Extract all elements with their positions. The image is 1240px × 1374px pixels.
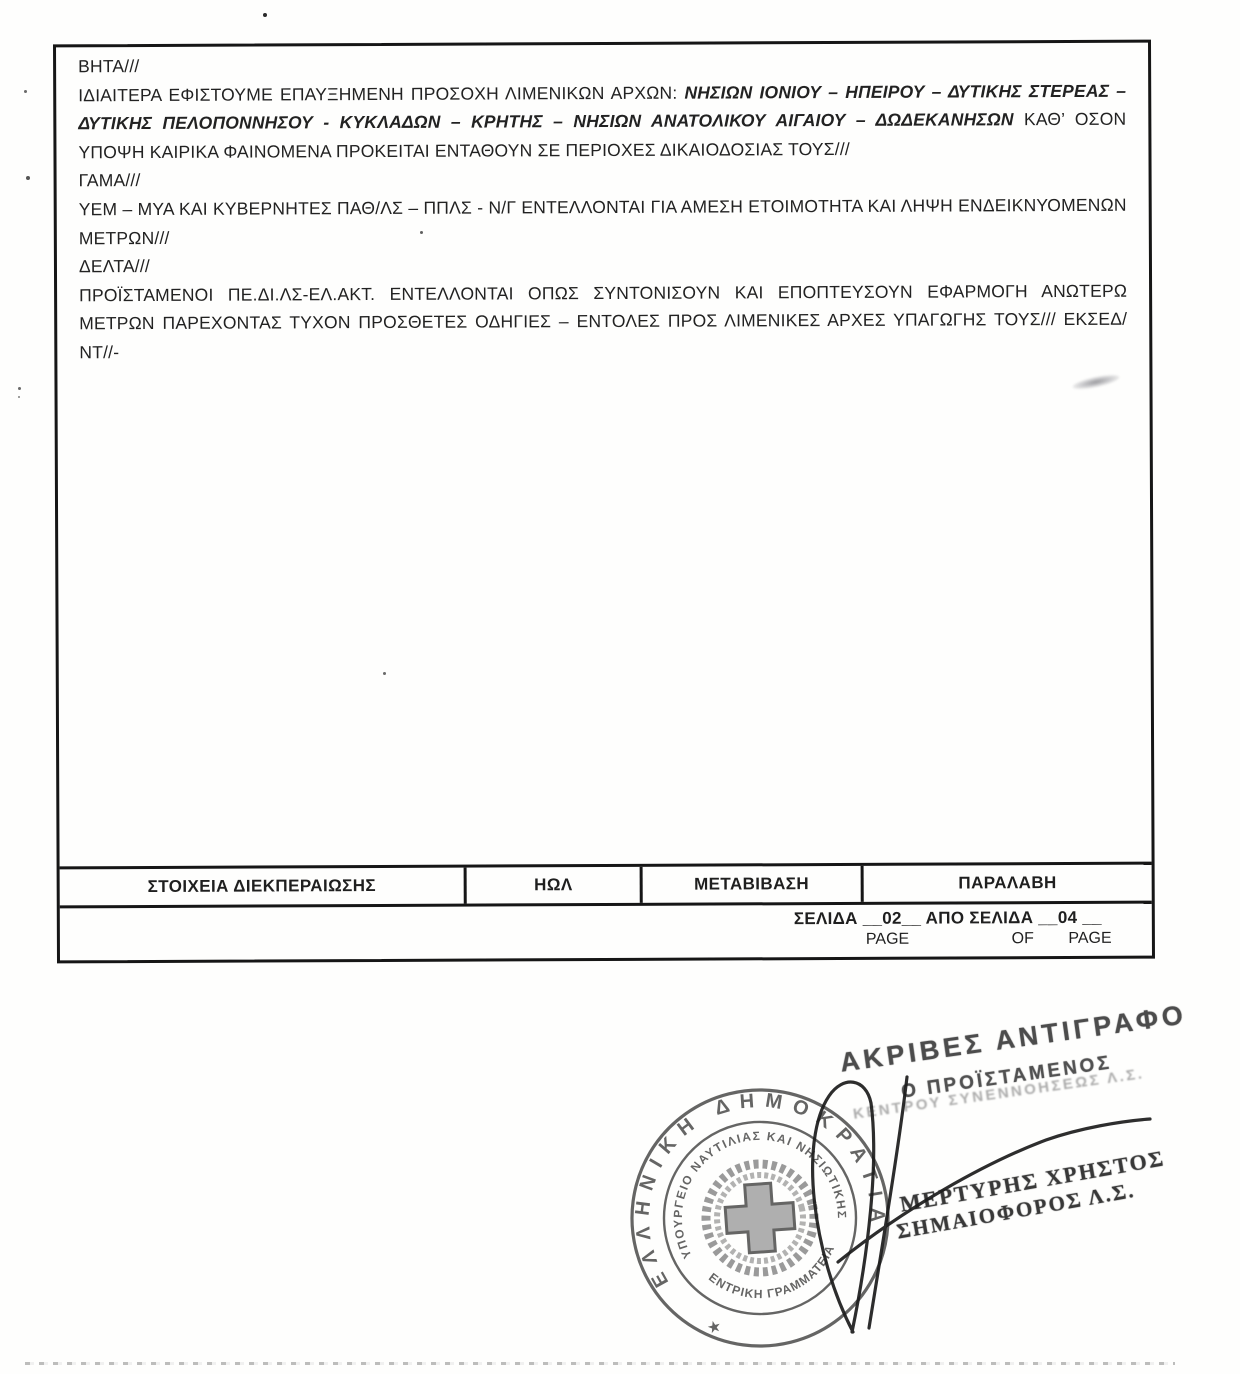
line-delta: ΔΕΛΤΑ///: [79, 248, 1127, 281]
line-beta: ΒΗΤΑ///: [78, 48, 1126, 81]
page-label-2: PAGE: [1068, 930, 1111, 947]
scan-speck: [420, 231, 423, 234]
page-number-line-english: PAGE OF PAGE: [794, 930, 1146, 950]
signatory-name-stamp: ΜΕΡΤΥΡΗΣ ΧΡΗΣΤΟΣ ΣΗΜΑΙΟΦΟΡΟΣ Λ.Σ.: [898, 1145, 1171, 1243]
pagination-row: ΣΕΛΙΔΑ __02__ ΑΠΟ ΣΕΛΙΔΑ __04 __ PAGE OF…: [60, 904, 1152, 961]
pagination-block: ΣΕΛΙΔΑ __02__ ΑΠΟ ΣΕΛΙΔΑ __04 __ PAGE OF…: [794, 908, 1146, 950]
page-label: PAGE: [866, 931, 909, 948]
cross-icon: [724, 1182, 797, 1255]
paragraph-delta-body: ΠΡΟΪΣΤΑΜΕΝΟΙ ΠΕ.ΔΙ.ΛΣ-ΕΛ.ΑΚΤ. ΕΝΤΕΛΛΟΝΤΑ…: [79, 276, 1127, 366]
scan-speck: [383, 672, 386, 675]
header-reception: ΠΑΡΑΛΑΒΗ: [863, 865, 1151, 902]
scan-speck: [24, 90, 27, 93]
scan-speck: [263, 13, 267, 17]
paragraph-gamma-body: ΥΕΜ – ΜΥΑ ΚΑΙ ΚΥΒΕΡΝΗΤΕΣ ΠΑΘ/ΛΣ – ΠΠΛΣ -…: [79, 191, 1127, 253]
message-body: ΒΗΤΑ/// ΙΔΙΑΙΤΕΡΑ ΕΦΙΣΤΟΥΜΕ ΕΠΑΥΞΗΜΕΝΗ Π…: [56, 43, 1149, 367]
header-date-time: ΗΩΛ: [467, 867, 643, 904]
of-label: OF: [1012, 930, 1034, 947]
message-frame: ΒΗΤΑ/// ΙΔΙΑΙΤΕΡΑ ΕΦΙΣΤΟΥΜΕ ΕΠΑΥΞΗΜΕΝΗ Π…: [53, 40, 1155, 964]
dispatch-table-header-row: ΣΤΟΙΧΕΙΑ ΔΙΕΚΠΕΡΑΙΩΣΗΣ ΗΩΛ ΜΕΤΑΒΙΒΑΣΗ ΠΑ…: [60, 865, 1152, 909]
coat-of-arms-icon: [695, 1153, 826, 1284]
paragraph-attention: ΙΔΙΑΙΤΕΡΑ ΕΦΙΣΤΟΥΜΕ ΕΠΑΥΞΗΜΕΝΗ ΠΡΟΣΟΧΗ Λ…: [78, 76, 1126, 166]
scan-speck: [18, 396, 20, 398]
scan-speck: [18, 387, 21, 390]
attention-intro: ΙΔΙΑΙΤΕΡΑ ΕΦΙΣΤΟΥΜΕ ΕΠΑΥΞΗΜΕΝΗ ΠΡΟΣΟΧΗ Λ…: [78, 82, 684, 105]
star-icon: ★: [705, 1318, 723, 1338]
scanned-page: ΒΗΤΑ/// ΙΔΙΑΙΤΕΡΑ ΕΦΙΣΤΟΥΜΕ ΕΠΑΥΞΗΜΕΝΗ Π…: [0, 0, 1240, 1374]
line-gamma: ΓΑΜΑ///: [79, 162, 1127, 195]
scan-artifact-line: [25, 1362, 1175, 1365]
page-number-line: ΣΕΛΙΔΑ __02__ ΑΠΟ ΣΕΛΙΔΑ __04 __: [794, 908, 1146, 930]
header-dispatch-details: ΣΤΟΙΧΕΙΑ ΔΙΕΚΠΕΡΑΙΩΣΗΣ: [60, 868, 467, 906]
scan-speck: [26, 176, 30, 180]
dispatch-table: ΣΤΟΙΧΕΙΑ ΔΙΕΚΠΕΡΑΙΩΣΗΣ ΗΩΛ ΜΕΤΑΒΙΒΑΣΗ ΠΑ…: [60, 862, 1152, 961]
header-transmission: ΜΕΤΑΒΙΒΑΣΗ: [643, 866, 864, 903]
round-seal-stamp: ΕΛΛΗΝΙΚΗ ΔΗΜΟΚΡΑΤΙΑ ΥΠΟΥΡΓΕΙΟ ΝΑΥΤΙΛΙΑΣ …: [612, 1070, 908, 1366]
